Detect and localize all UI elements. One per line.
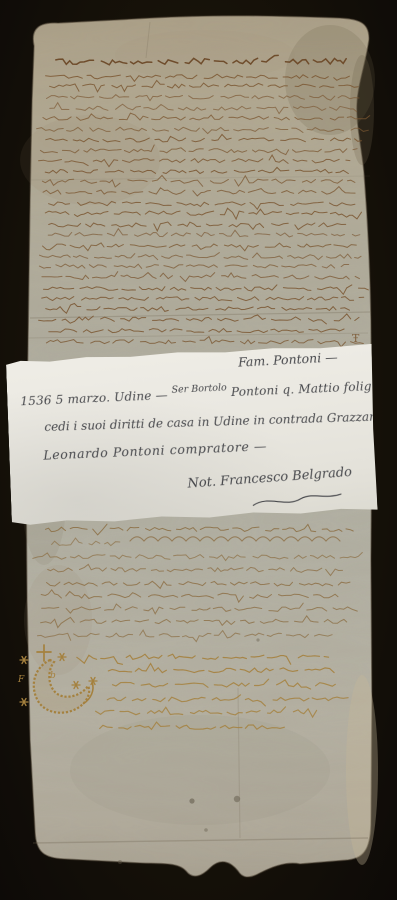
archivist-slip: Fam. Pontoni — 1536 5 marzo. Udine — Ser… [6, 343, 378, 528]
signum-letter: F [17, 675, 25, 685]
stain [24, 565, 92, 675]
ink-spot [234, 796, 240, 802]
stain [346, 675, 378, 865]
slip-interlinear-insert: Ser Bortolo [171, 382, 227, 395]
ink-spot [118, 860, 122, 864]
photo-stage: Fb Ŧ Fam. Pontoni — 1536 5 marzo. Udine … [0, 0, 397, 900]
slip-signature: Not. Francesco Belgrado [187, 465, 352, 492]
slip-date-text: 1536 5 marzo. Udine — [20, 388, 168, 408]
stain [70, 715, 330, 825]
slip-regesto-line2: cedi i suoi diritti de casa in Udine in … [44, 408, 397, 434]
stain [115, 30, 295, 80]
signum-star-icon [20, 699, 28, 706]
signum-letter: b [50, 671, 56, 681]
ink-spot [204, 828, 208, 832]
ink-spot [189, 798, 194, 803]
ink-spot [256, 638, 259, 641]
stain [350, 55, 374, 165]
signum-star-icon [20, 657, 28, 664]
slip-party-text: Pontoni q. Mattio folignano d'Udine [231, 375, 397, 399]
line-end-mark: Ŧ [352, 332, 360, 345]
slip-regesto-line3: Leonardo Pontoni compratore — [43, 438, 267, 462]
slip-date-line: 1536 5 marzo. Udine — Ser Bortolo Ponton… [20, 372, 397, 408]
slip-family-note: Fam. Pontoni — [238, 349, 338, 369]
